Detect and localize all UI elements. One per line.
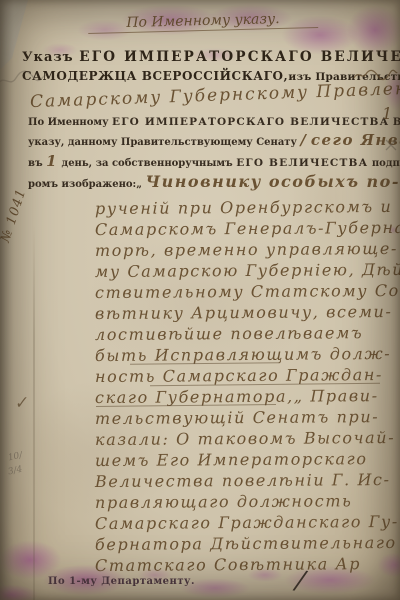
- body-line: лостивѣйше повелѣваемъ: [95, 323, 395, 346]
- decree-title-prefix: Указъ: [22, 50, 74, 65]
- preamble-seg7: ЕГО ВЕЛИЧЕСТВА: [236, 157, 368, 169]
- body-line: казали: О таковомъ Высочай-: [95, 428, 395, 451]
- handwritten-day-number: 1: [46, 152, 58, 170]
- body-line: Величества повелѣніи Г. Ис-: [95, 470, 395, 493]
- body-line: тельствующій Сенатъ при-: [95, 407, 395, 430]
- handwritten-date-slash: /: [300, 131, 307, 149]
- preamble-seg4: указу, данному Правительствующему Сенату: [28, 137, 297, 148]
- preamble-line-2: указу, данному Правительствующему Сенату…: [28, 133, 390, 153]
- addressee-line: Самарскому Губернскому Правленію: [30, 80, 380, 112]
- handwritten-body-start: Чиновнику особыхъ по-: [146, 172, 400, 191]
- preamble-line-3: въ 1 день, за собственноручнымъ ЕГО ВЕЛИ…: [28, 153, 390, 174]
- preamble-seg9: ромъ изображено:„: [28, 179, 142, 190]
- preamble-seg8: подписаніемъ, въ кото-: [372, 158, 400, 169]
- decree-title-main: ЕГО ИМПЕРАТОРСКАГО ВЕЛИЧЕСТВА,: [79, 49, 400, 65]
- fold-crease: [33, 225, 35, 600]
- body-line: Статскаго Совѣтника Ар: [95, 554, 395, 577]
- margin-check-mark: ✓: [13, 392, 29, 413]
- body-line: му Самарскою Губерніею, Дѣй-: [95, 260, 395, 283]
- margin-file-number: № 1041: [0, 187, 29, 244]
- handwritten-heading: По Именному указу.: [88, 10, 318, 34]
- preamble-line-4: ромъ изображено:„ Чиновнику особыхъ по-: [28, 174, 390, 195]
- body-line: вѣтнику Арцимовичу, всеми-: [95, 302, 395, 325]
- margin-day-mark: 1: [382, 104, 392, 123]
- body-line: правляющаго должность: [95, 491, 395, 514]
- pencil-note-1: 10/: [7, 451, 23, 464]
- preamble-seg1: По Именному: [28, 117, 109, 128]
- body-line: Самарскаго Гражданскаго Гу-: [95, 512, 395, 535]
- handwritten-date: сего Января: [311, 131, 400, 149]
- body-line: торѣ, временно управляюще-: [95, 239, 395, 262]
- body-line: скаго Губернатора,„ Прави-: [95, 386, 395, 409]
- body-line: шемъ Его Императорскаго: [95, 449, 395, 472]
- page-gutter-shadow: [0, 0, 14, 600]
- body-line: ствительному Статскому Со-: [95, 281, 395, 304]
- body-line: ность Самарскаго Граждан-: [95, 365, 395, 388]
- preamble-seg5: въ: [28, 158, 43, 169]
- decree-subtitle: САМОДЕРЖЦА ВСЕРОССІЙСКАГО,: [22, 69, 288, 83]
- handwritten-body: рученій при Оренбургскомъ и Самарскомъ Г…: [95, 198, 395, 576]
- document-page: По Именному указу. Указъ ЕГО ИМПЕРАТОРСК…: [0, 0, 400, 600]
- preamble-paragraph: По Именному ЕГО ИМПЕРАТОРСКАГО ВЕЛИЧЕСТВ…: [28, 112, 390, 195]
- pencil-note-2: 3/4: [7, 465, 23, 478]
- body-line: бернатора Дѣйствительнаго: [95, 533, 395, 556]
- preamble-seg3: Высочайшему: [393, 117, 400, 128]
- body-line: быть Исправляющимъ долж-: [95, 344, 395, 367]
- body-line: Самарскомъ Генералъ-Губерна-: [95, 218, 395, 241]
- decree-title-line1: Указъ ЕГО ИМПЕРАТОРСКАГО ВЕЛИЧЕСТВА,: [22, 46, 390, 65]
- preamble-seg6: день, за собственноручнымъ: [62, 158, 233, 169]
- preamble-seg2: ЕГО ИМПЕРАТОРСКАГО ВЕЛИЧЕСТВА: [112, 116, 389, 128]
- preamble-line-1: По Именному ЕГО ИМПЕРАТОРСКАГО ВЕЛИЧЕСТВ…: [28, 112, 390, 133]
- body-line: рученій при Оренбургскомъ и: [95, 197, 395, 220]
- department-note: По 1-му Департаменту.: [48, 576, 195, 587]
